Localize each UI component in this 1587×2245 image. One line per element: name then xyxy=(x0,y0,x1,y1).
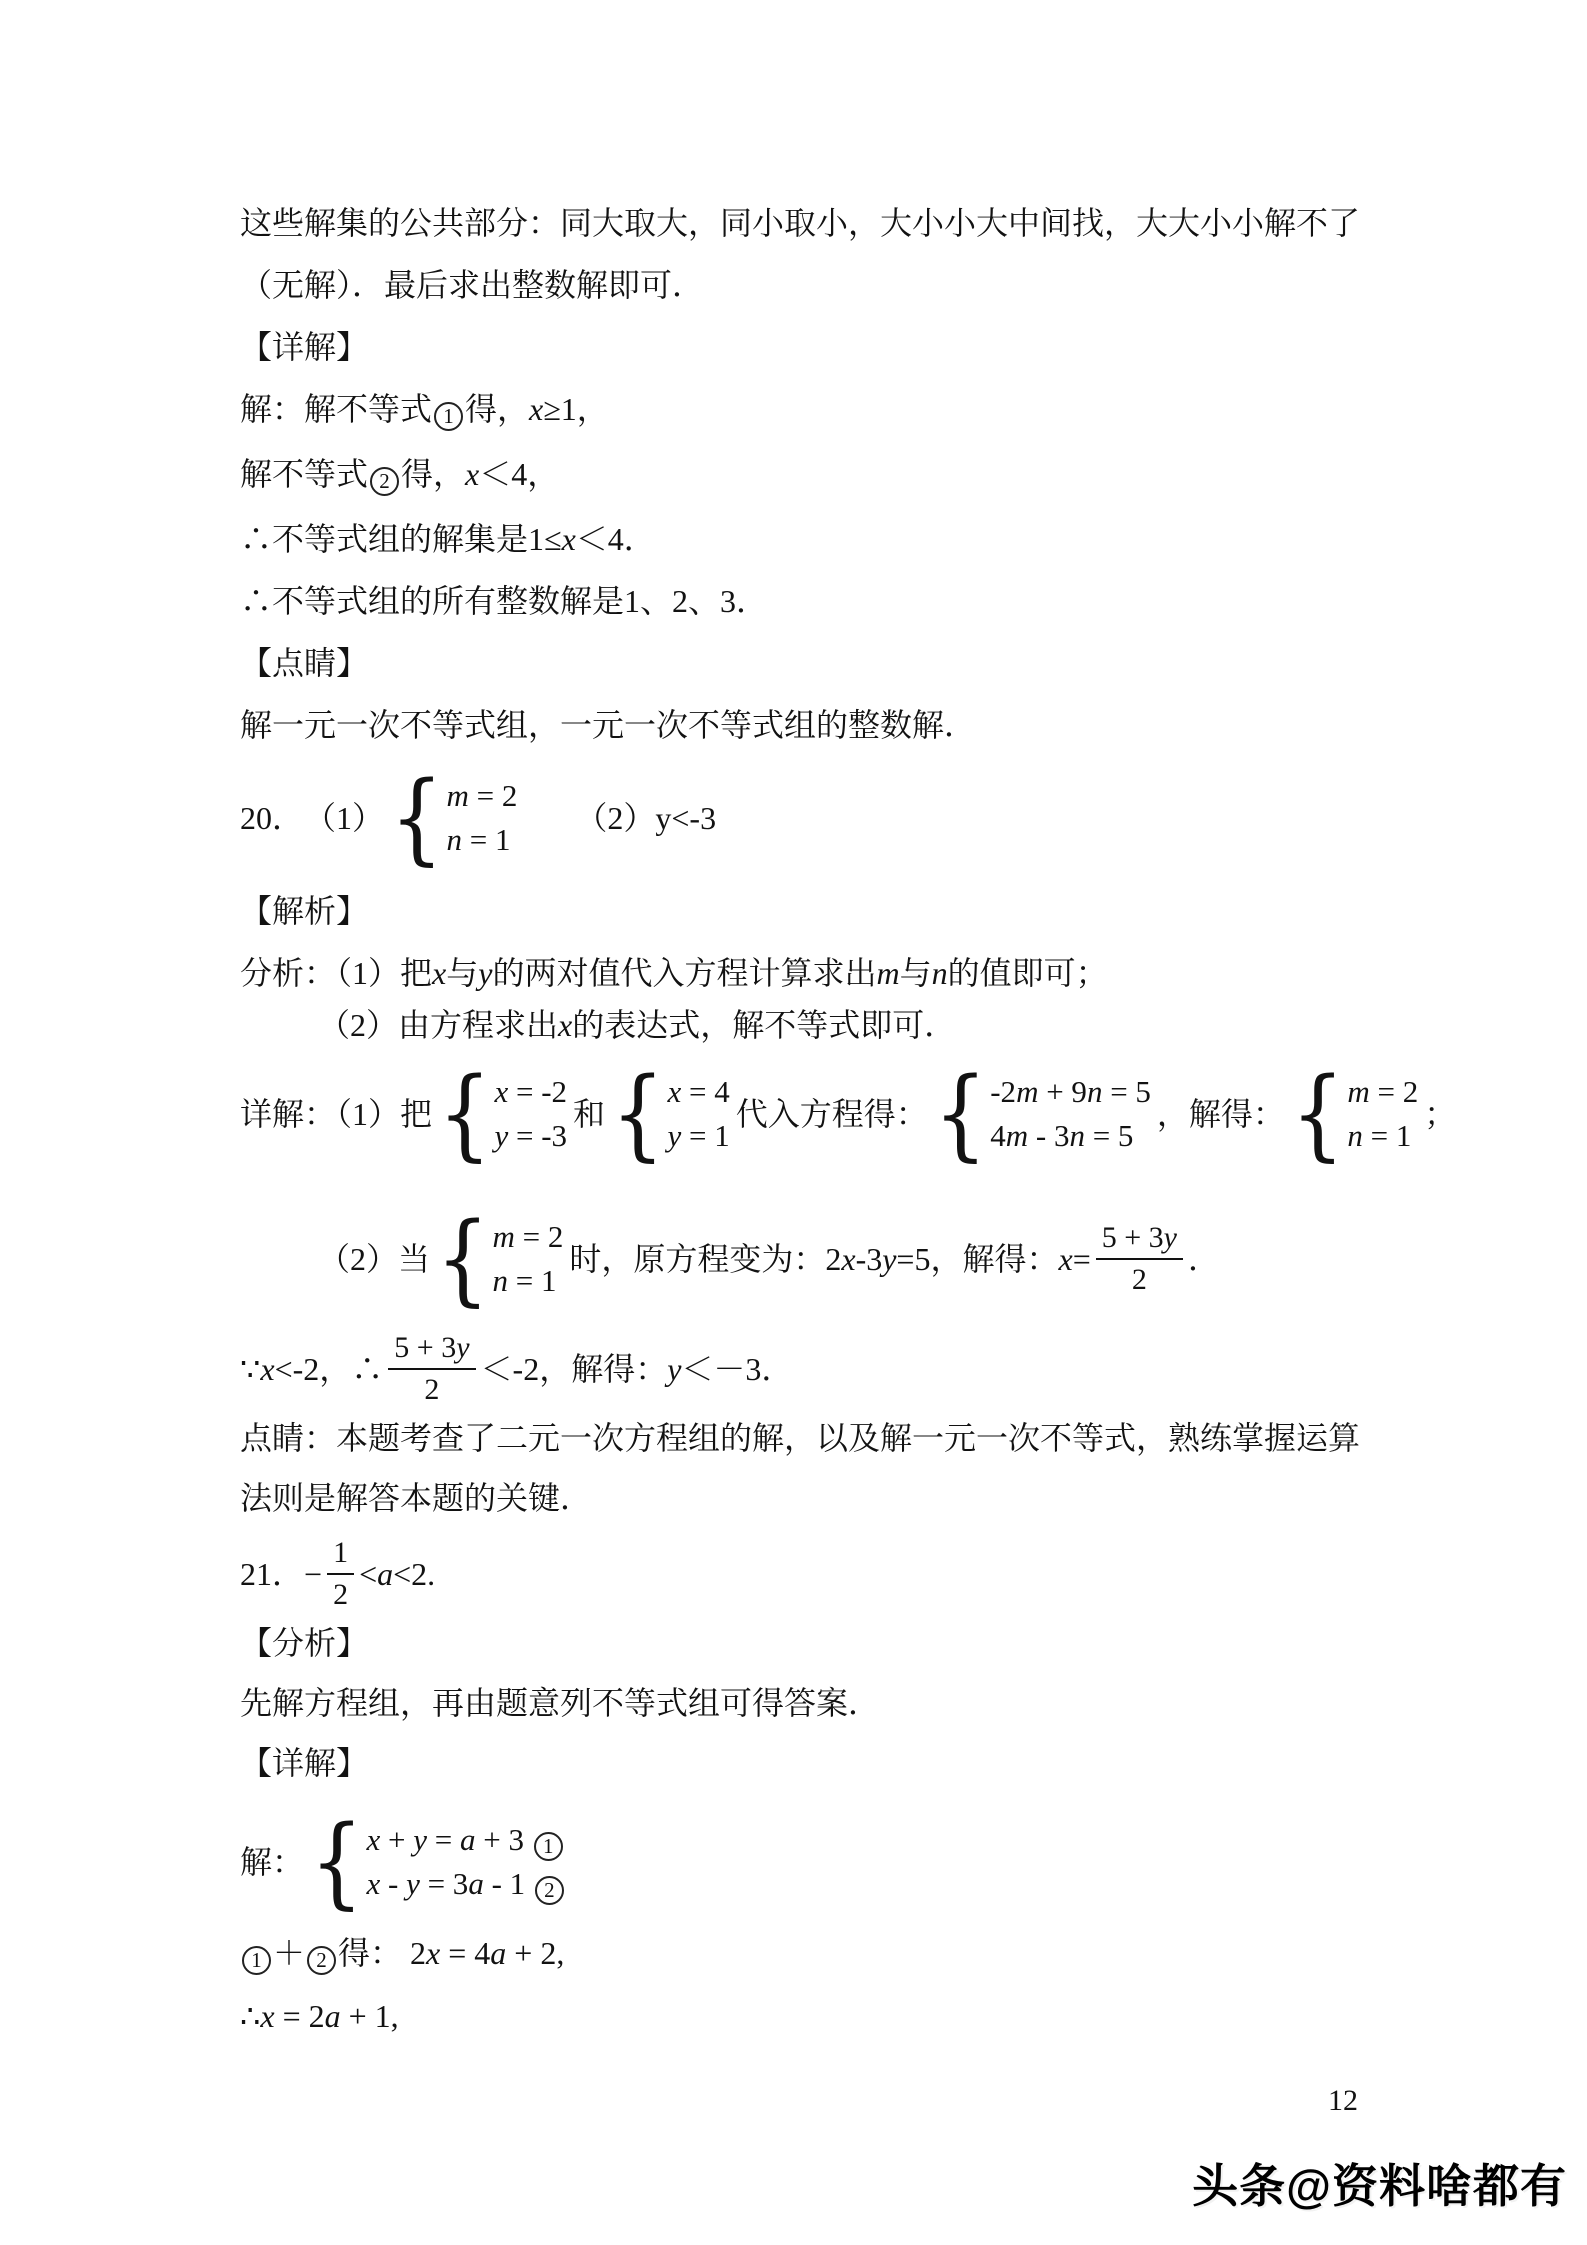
q21-system-line: 解： x + y = a + 3 1 x - y = 3a - 1 2 xyxy=(240,1812,1358,1912)
q21-answer-line: 21．− 1 2 <a<2. xyxy=(240,1534,1358,1614)
q21-answer-suffix: <a<2. xyxy=(359,1555,435,1593)
q21-analysis: 先解方程组，再由题意列不等式组可得答案． xyxy=(240,1684,1358,1722)
q20-answer1-system: m = 2 n = 1 xyxy=(390,774,517,862)
q21-step-2: ∴x = 2a + 1, xyxy=(240,1997,1358,2035)
q20-deduction-prefix: ∵x<-2，∴ xyxy=(240,1350,383,1388)
q20-analysis-line-1: 分析：（1）把x与y的两对值代入方程计算求出m与n的值即可； xyxy=(240,954,1358,992)
equation-row: x - y = 3a - 1 2 xyxy=(366,1862,565,1906)
equation-row: y = -3 xyxy=(494,1114,567,1158)
equation-row: x + y = a + 3 1 xyxy=(366,1818,565,1862)
equation-row: n = 1 xyxy=(446,818,517,862)
q21-system: x + y = a + 3 1 x - y = 3a - 1 2 xyxy=(310,1818,566,1906)
q21-step-1: 1＋2得： 2x = 4a + 2, xyxy=(240,1934,1358,1975)
equation-row: n = 1 xyxy=(1347,1114,1418,1158)
equation-row: m = 2 xyxy=(1347,1070,1418,1114)
left-brace-icon xyxy=(310,1812,363,1911)
q20-deduction-line: ∵x<-2，∴ 5 + 3y 2 ＜-2，解得：y＜－3． xyxy=(240,1329,1358,1409)
q20-part1-label: （1） xyxy=(304,799,384,837)
q19-rule-line-2: （无解）．最后求出整数解即可． xyxy=(240,266,1358,304)
q20-detail-end: ； xyxy=(1424,1095,1456,1133)
q20-note-line-2: 法则是解答本题的关键． xyxy=(240,1479,1358,1517)
equation-row: x = -2 xyxy=(494,1070,567,1114)
q20-part2-label: （2） xyxy=(575,799,655,837)
q21-solution-prefix: 解： xyxy=(240,1843,304,1881)
equation-row: m = 2 xyxy=(446,774,517,818)
q20-detail-and: 和 xyxy=(573,1095,605,1133)
q20-answer-line: 20． （1） m = 2 n = 1 （2） y<-3 xyxy=(240,768,1358,868)
q20-part2-line: （2）当 m = 2 n = 1 时，原方程变为：2x-3y=5，解得：x= 5… xyxy=(240,1209,1358,1309)
q19-rule-line-1: 这些解集的公共部分：同大取大，同小取小，大小小大中间找，大大小小解不了 xyxy=(240,204,1358,242)
q19-step-2: 解不等式2得，x＜4， xyxy=(240,455,1358,496)
fraction-numerator: 5 + 3y xyxy=(1096,1220,1183,1260)
fraction-numerator: 5 + 3y xyxy=(388,1330,475,1370)
q20-detail-system-1: x = -2 y = -3 xyxy=(438,1070,567,1158)
page-number: 12 xyxy=(1328,2084,1358,2118)
equation-row: n = 1 xyxy=(492,1259,563,1303)
equation-row: 4m - 3n = 5 xyxy=(990,1114,1151,1158)
q20-analysis-line-2: （2）由方程求出x的表达式，解不等式即可． xyxy=(240,1006,1358,1044)
q20-deduction-suffix: ＜-2，解得：y＜－3． xyxy=(481,1350,794,1388)
answer-sheet-content: 这些解集的公共部分：同大取大，同小取小，大小小大中间找，大大小小解不了 （无解）… xyxy=(240,204,1358,2035)
q20-detail-system-3: -2m + 9n = 5 4m - 3n = 5 xyxy=(934,1070,1151,1158)
q20-part2-system: m = 2 n = 1 xyxy=(436,1215,563,1303)
fraction-denominator: 2 xyxy=(388,1370,475,1408)
q20-note-line-1: 点睛：本题考查了二元一次方程组的解，以及解一元一次不等式，熟练掌握运算 xyxy=(240,1419,1358,1457)
left-brace-icon xyxy=(934,1064,987,1163)
fraction-denominator: 2 xyxy=(327,1575,354,1613)
q19-step-1: 解：解不等式1得，x≥1， xyxy=(240,390,1358,431)
equation-row: -2m + 9n = 5 xyxy=(990,1070,1151,1114)
equation-row: x = 4 xyxy=(668,1070,730,1114)
fraction: 5 + 3y 2 xyxy=(1096,1220,1183,1298)
q20-detail-line: 详解：（1）把 x = -2 y = -3 和 x = 4 y = 1 代入方程… xyxy=(240,1064,1358,1164)
fraction-denominator: 2 xyxy=(1096,1260,1183,1298)
document-page: 这些解集的公共部分：同大取大，同小取小，大小小大中间找，大大小小解不了 （无解）… xyxy=(0,0,1587,2245)
q20-detail-system-4: m = 2 n = 1 xyxy=(1291,1070,1418,1158)
q21-detail-header: 【详解】 xyxy=(240,1744,1358,1782)
q19-note-header: 【点睛】 xyxy=(240,644,1358,682)
left-brace-icon xyxy=(1291,1064,1344,1163)
watermark: 头条@资料啥都有 xyxy=(1192,2150,1567,2216)
left-brace-icon xyxy=(436,1209,489,1308)
q19-note: 解一元一次不等式组，一元一次不等式组的整数解． xyxy=(240,706,1358,744)
left-brace-icon xyxy=(611,1064,664,1163)
q20-detail-solve-label: ，解得： xyxy=(1157,1095,1285,1133)
q20-detail-substitute: 代入方程得： xyxy=(736,1095,928,1133)
q20-part2-mid: 时，原方程变为：2x-3y=5，解得：x= xyxy=(569,1240,1090,1278)
equation-row: m = 2 xyxy=(492,1215,563,1259)
q20-analysis-header: 【解析】 xyxy=(240,892,1358,930)
q21-analysis-header: 【分析】 xyxy=(240,1624,1358,1662)
q19-detail-header: 【详解】 xyxy=(240,328,1358,366)
q20-detail-prefix: 详解：（1）把 xyxy=(240,1095,432,1133)
q20-number: 20． xyxy=(240,799,304,837)
left-brace-icon xyxy=(390,768,443,867)
q20-part2-prefix: （2）当 xyxy=(318,1240,430,1278)
left-brace-icon xyxy=(438,1064,491,1163)
q19-conclusion-2: ∴不等式组的所有整数解是1、2、3． xyxy=(240,582,1358,620)
equation-row: y = 1 xyxy=(668,1114,730,1158)
q20-part2-end: ． xyxy=(1188,1240,1220,1278)
q19-conclusion-1: ∴不等式组的解集是1≤x＜4． xyxy=(240,520,1358,558)
q20-answer2: y<-3 xyxy=(655,799,716,837)
q21-answer-prefix: 21．− xyxy=(240,1555,322,1593)
fraction-numerator: 1 xyxy=(327,1535,354,1575)
q20-detail-system-2: x = 4 y = 1 xyxy=(611,1070,730,1158)
fraction: 1 2 xyxy=(327,1535,354,1613)
fraction: 5 + 3y 2 xyxy=(388,1330,475,1408)
